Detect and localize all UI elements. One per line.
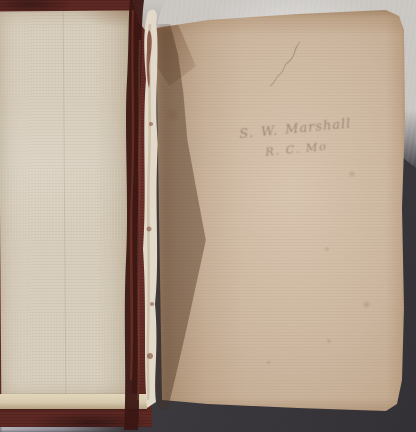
pastedown-endpaper [0,11,132,398]
pencil-scribble [248,36,308,96]
foxing-spot [324,246,330,252]
photograph-open-book: S. W. Marshall R. C. Mo [0,0,416,432]
foxing-spot [326,338,332,344]
pencil-inscription: S. W. Marshall R. C. Mo [239,113,392,161]
foxing-spot [362,300,371,309]
foxing-spot [348,170,356,178]
foxing-spot [266,360,271,365]
